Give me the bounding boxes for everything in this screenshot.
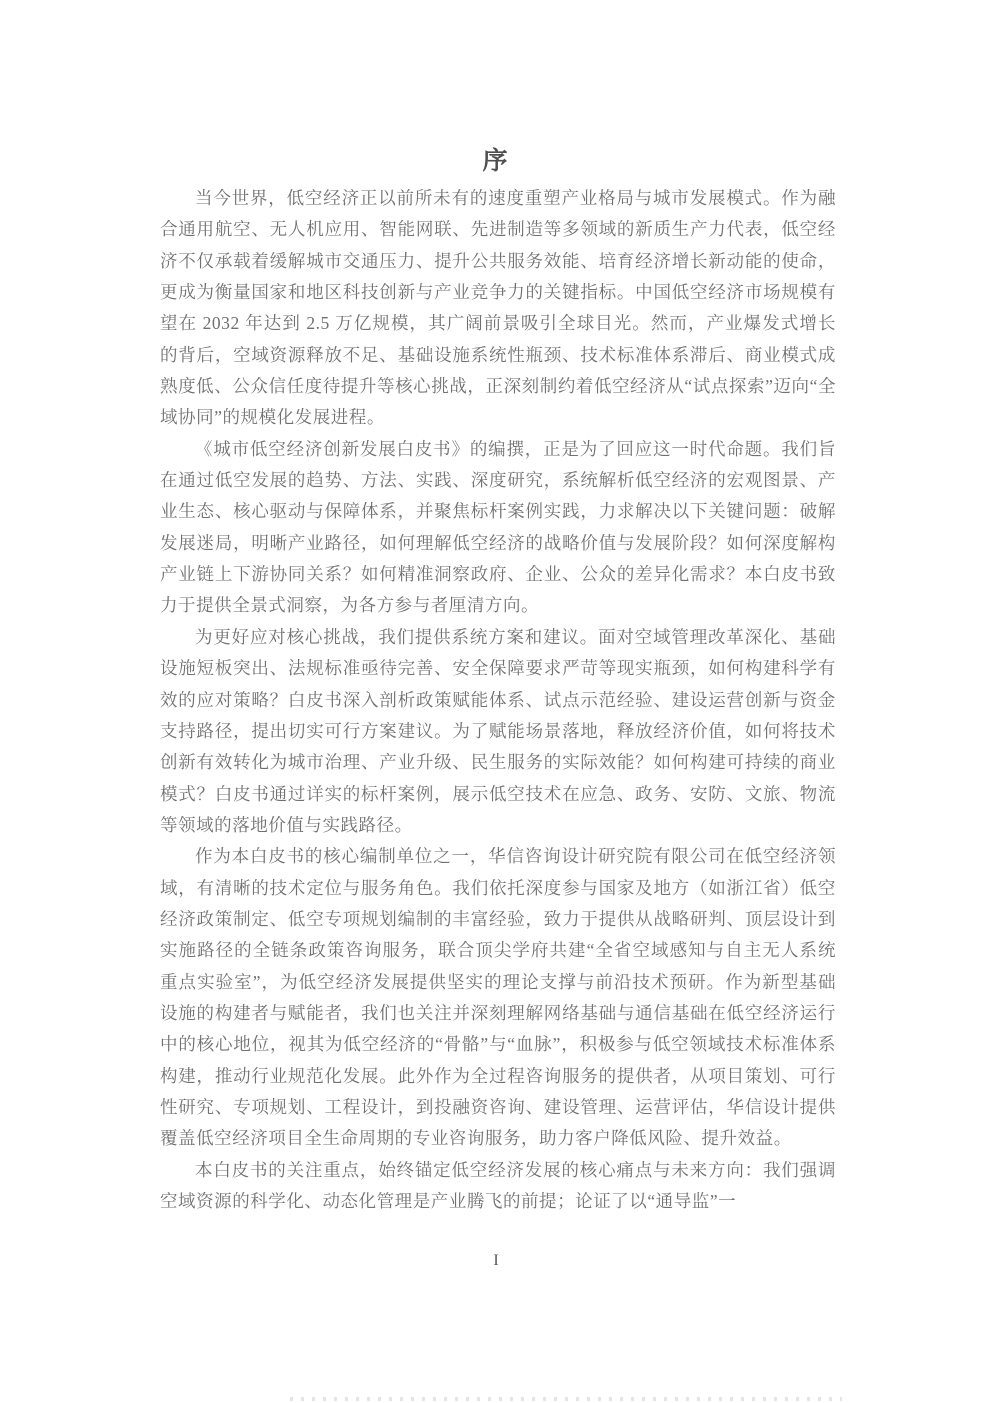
preface-paragraph: 当今世界，低空经济正以前所未有的速度重塑产业格局与城市发展模式。作为融合通用航空… xyxy=(160,183,836,434)
preface-paragraph: 本白皮书的关注重点，始终锚定低空经济发展的核心痛点与未来方向：我们强调空域资源的… xyxy=(160,1155,836,1218)
page-title: 序 xyxy=(0,141,992,177)
document-page: 序 当今世界，低空经济正以前所未有的速度重塑产业格局与城市发展模式。作为融合通用… xyxy=(0,0,992,1403)
cutoff-next-page-text xyxy=(290,1397,842,1401)
preface-paragraph: 作为本白皮书的核心编制单位之一，华信咨询设计研究院有限公司在低空经济领域，有清晰… xyxy=(160,841,836,1154)
preface-paragraph: 为更好应对核心挑战，我们提供系统方案和建议。面对空域管理改革深化、基础设施短板突… xyxy=(160,622,836,841)
preface-paragraph: 《城市低空经济创新发展白皮书》的编撰，正是为了回应这一时代命题。我们旨在通过低空… xyxy=(160,434,836,622)
page-number: I xyxy=(0,1252,992,1270)
preface-content: 当今世界，低空经济正以前所未有的速度重塑产业格局与城市发展模式。作为融合通用航空… xyxy=(160,183,836,1217)
